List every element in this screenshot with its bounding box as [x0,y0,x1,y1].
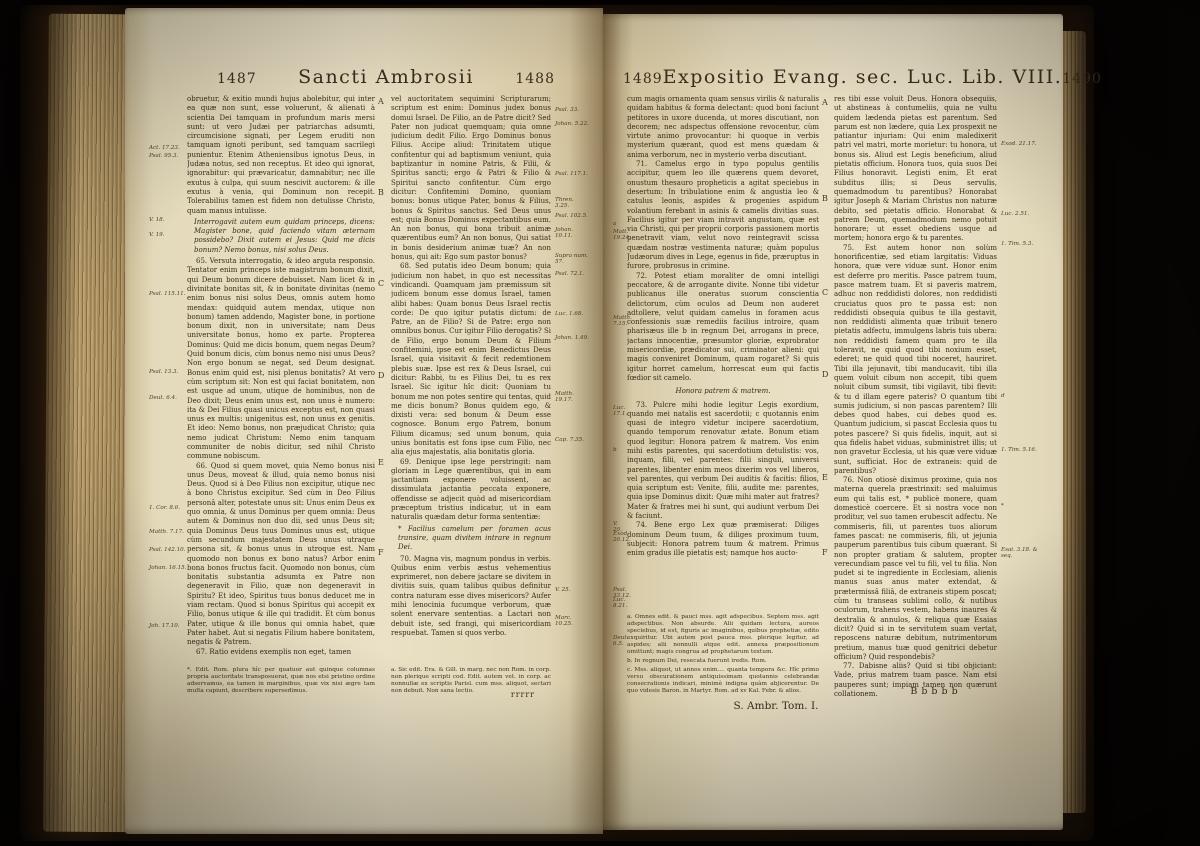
text-block: Act. 17.23.Psal. 95.3.V. 18.V. 19.Psal. … [147,95,589,697]
folio-number-left: 1489 [623,71,663,87]
paragraph: 68. Sed putatis ideo Deum bonum; quia ju… [391,262,551,457]
section-letter-column: ABCDEF [819,95,834,697]
margin-note: Cap. 7.35. [551,437,589,443]
margin-note: Matt. 19.24. [611,229,627,242]
text-column-1: cum magis ornamenta quam sensus virilis … [627,95,819,697]
margin-note: Johan. 1.49. [551,335,589,341]
paragraph: * Facilius camelum per foramen acus tran… [391,525,551,553]
margin-note: Psal. 102.5. [551,213,589,219]
folio-number-left: 1487 [217,71,257,87]
section-letter-column: ABCDEF [375,95,391,697]
left-page: 1487 Sancti Ambrosii 1488 Act. 17.23.Psa… [125,8,603,834]
margin-note: Act. 17.23. [147,145,187,151]
paragraph: cum magis ornamenta quam sensus virilis … [627,95,819,160]
section-letter: B [822,194,828,203]
paragraph: 71. Camelus ergo in typo populus gentili… [627,160,819,272]
footnote: *. Edit. Rom. plura hîc per quatuor aut … [187,667,375,695]
section-letter: E [822,473,828,482]
margin-note: Luc. 1.68. [551,311,589,317]
margin-note: Luc. 8.21. [611,597,627,610]
book-photo: 1487 Sancti Ambrosii 1488 Act. 17.23.Psa… [0,0,1200,846]
margin-note: Psal. 33. [551,107,589,113]
margin-note: Psal. 72.1. [551,271,589,277]
paragraph: res tibi esse voluit Deus. Honora obsequ… [834,95,997,244]
paragraph: Honora patrem & matrem. [627,387,819,396]
folio-number-right: 1488 [515,71,555,87]
margin-note: Matth. 7.15. [611,315,627,328]
running-title: Sancti Ambrosii [298,66,474,88]
margin-note: Marc. 10.25. [551,615,589,628]
footnote: b. In regnum Dei, resecata fuerunt iredi… [627,658,819,665]
footnotes-block: *. Edit. Rom. plura hîc per quatuor aut … [187,663,375,697]
paragraph: 75. Est autem honor non solùm honorifice… [834,244,997,476]
margin-note: Esai. 3.18. & seq. [997,547,1039,560]
margin-note: Johan. 10.11. [551,227,589,240]
section-letter: F [378,548,384,557]
paragraph: 70. Magna vis, magnum pondus in verbis. … [391,555,551,639]
margin-note: d [997,393,1039,399]
margin-notes-inner: Psal. 33.Johan. 5.22.Psal. 117.1.Thren. … [551,95,589,697]
margin-note: Exod. 21.17. [997,141,1039,147]
margin-note: 1. Cor. 8.6. [147,505,187,511]
margin-note: Matth. 7.17. [147,529,187,535]
margin-note: Joh. 17.10. [147,623,187,629]
margin-note: Matth. 19.17. [551,391,589,404]
text-column-2: vel auctoritatem sequimini Scripturarum;… [391,95,551,697]
running-title: Expositio Evang. sec. Luc. Lib. VIII. [663,66,1063,88]
margin-note: Psal. 142.10. [147,547,187,553]
paragraph: obruetur, & exitio mundi hujus abolebitu… [187,95,375,216]
margin-note: V. 25. [551,587,589,593]
margin-note: Johan. 5.22. [551,121,589,127]
right-page: 1489 Expositio Evang. sec. Luc. Lib. VII… [603,14,1063,830]
gathering-signature: Bbbbb [851,686,1021,697]
section-letter: C [378,279,384,288]
margin-note: Supra num. 57. [551,253,589,266]
section-letter: A [378,97,384,106]
footnote: c. Mss. aliquot, ut annos enim.... quant… [627,667,819,695]
margin-note: Luc. 17.1. [611,405,627,418]
section-letter: F [822,548,828,557]
margin-note: V. 19. [147,232,187,238]
page-header: 1489 Expositio Evang. sec. Luc. Lib. VII… [603,14,1063,88]
margin-note: Exod. 20.12. [611,531,627,544]
paragraph: 72. Potest etiam moraliter de omni intel… [627,272,819,384]
paragraph: vel auctoritatem sequimini Scripturarum;… [391,95,551,262]
margin-note: Thren. 3.25. [551,197,589,210]
margin-notes-gutter: aMatt. 19.24.Matth. 7.15.Luc. 17.1.bV. 2… [611,95,627,697]
folio-number-right: 1490 [1062,71,1102,87]
margin-note: Deut. 6.4. [147,395,187,401]
tome-signature: S. Ambr. Tom. I. [661,700,891,712]
margin-note: a [611,221,627,227]
catchword: rrrrr [511,690,535,699]
margin-note: b [611,447,627,453]
book: 1487 Sancti Ambrosii 1488 Act. 17.23.Psa… [20,5,1094,841]
margin-note: Psal. 117.1. [551,171,589,177]
page-edges-right [1062,31,1086,813]
page-header: 1487 Sancti Ambrosii 1488 [125,8,603,88]
margin-note: Psal. 95.3. [147,153,187,159]
margin-notes-inner: Exod. 21.17.Luc. 2.51.1. Tim. 5.3.d1. Ti… [997,95,1039,697]
margin-note: V. 18. [147,217,187,223]
text-column-2: res tibi esse voluit Deus. Honora obsequ… [834,95,997,697]
section-letter: D [378,371,384,380]
margin-note: * [997,503,1039,509]
margin-note: Johan. 16.15. [147,565,187,571]
text-block: aMatt. 19.24.Matth. 7.15.Luc. 17.1.bV. 2… [611,95,1039,697]
margin-note: Psal. 115.11. [147,291,187,297]
margin-note: 1. Tim. 5.16. [997,447,1039,453]
footnote: a. Omnes edit. & pauci mss. agit adspeci… [627,614,819,656]
paragraph: 74. Bene ergo Lex quæ præmiserat: Dilige… [627,521,819,558]
section-letter: A [822,98,828,107]
footnotes-block: a. Omnes edit. & pauci mss. agit adspeci… [627,610,819,697]
margin-note: Psal. 13.3. [147,369,187,375]
section-letter: C [822,288,828,297]
paragraph: 73. Pulcre mihi hodie legitur Legis exor… [627,401,819,522]
section-letter: D [822,370,828,379]
section-letter: B [378,188,384,197]
paragraph: Interrogavit autem eum quidam princeps, … [187,218,375,255]
section-letter: E [378,458,384,467]
text-column-1: obruetur, & exitio mundi hujus abolebitu… [187,95,375,697]
margin-note: Deut. 6.5. [611,635,627,648]
paragraph: 65. Versuta interrogatio, & ideo arguta … [187,257,375,462]
margin-note: 1. Tim. 5.3. [997,241,1039,247]
paragraph: 69. Denique ipse lege perstringit: nam g… [391,458,551,523]
margin-notes-outer: Act. 17.23.Psal. 95.3.V. 18.V. 19.Psal. … [147,95,187,697]
margin-note: Luc. 2.51. [997,211,1039,217]
paragraph: 76. Non otiosè diximus proxime, quia nos… [834,476,997,662]
paragraph: 67. Ratio evidens exemplis non eget, tam… [187,648,375,657]
paragraph: 66. Quod si quem movet, quia Nemo bonus … [187,462,375,648]
